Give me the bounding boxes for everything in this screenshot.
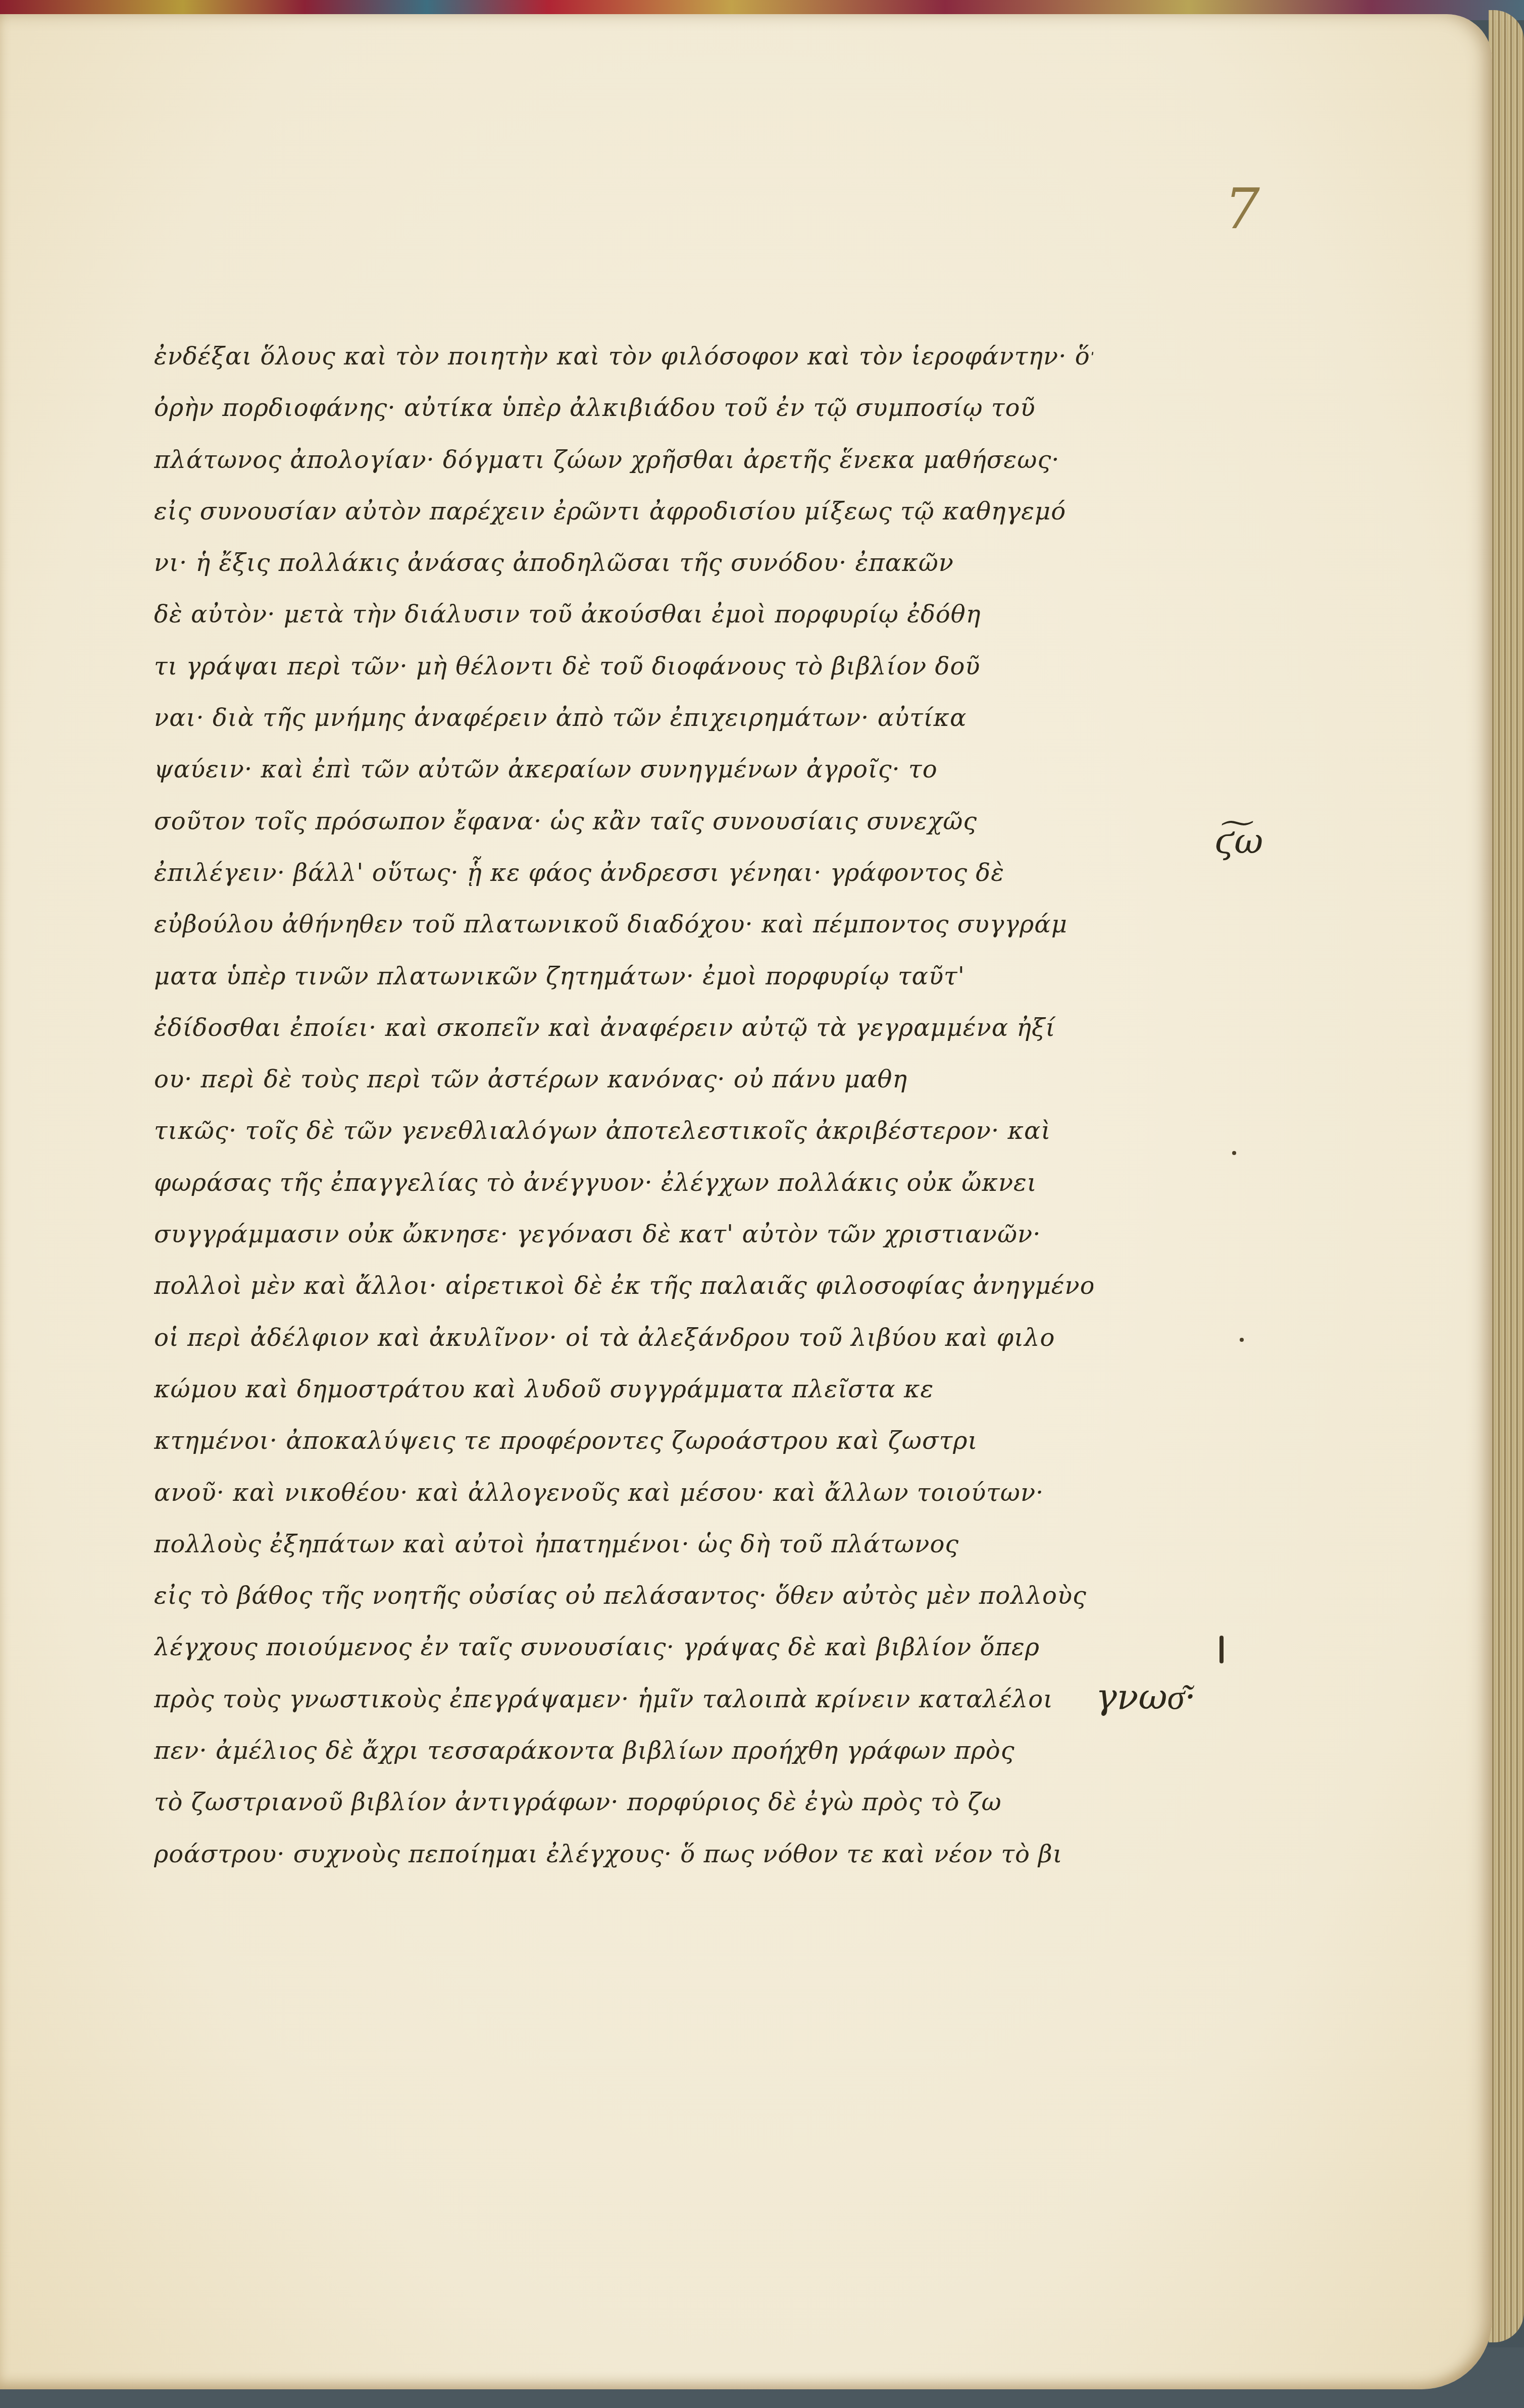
text-line: πεν· ἀμέλιος δὲ ἄχρι τεσσαράκοντα βιβλίω… xyxy=(154,1725,1093,1776)
text-line: οἱ περὶ ἀδέλφιον καὶ ἀκυλῖνον· οἱ τὰ ἀλε… xyxy=(154,1312,1093,1364)
text-line: ματα ὑπὲρ τινῶν πλατωνικῶν ζητημάτων· ἐμ… xyxy=(154,951,1093,1002)
text-line: ου· περὶ δὲ τοὺς περὶ τῶν ἀστέρων κανόνα… xyxy=(154,1054,1093,1105)
margin-note-gnost: γνωσ͂· xyxy=(1096,1676,1196,1718)
text-line: ἐπιλέγειν· βάλλ' οὕτως· ᾗ κε φάος ἀνδρεσ… xyxy=(154,847,1093,899)
text-line: ὀρὴν πορδιοφάνης· αὐτίκα ὑπὲρ ἀλκιβιάδου… xyxy=(154,382,1093,434)
text-line: λέγχους ποιούμενος ἐν ταῖς συνουσίαις· γ… xyxy=(154,1621,1093,1673)
text-line: ναι· διὰ τῆς μνήμης ἀναφέρειν ἀπὸ τῶν ἐπ… xyxy=(154,692,1093,744)
margin-note-1: ϛ͠ω xyxy=(1214,820,1263,862)
folio-number: 7 xyxy=(1225,177,1260,241)
text-line: ἐνδέξαι ὅλους καὶ τὸν ποιητὴν καὶ τὸν φι… xyxy=(154,331,1093,382)
text-line: πολλοὶ μὲν καὶ ἄλλοι· αἱρετικοὶ δὲ ἐκ τῆ… xyxy=(154,1260,1093,1312)
text-line: δὲ αὐτὸν· μετὰ τὴν διάλυσιν τοῦ ἀκούσθαι… xyxy=(154,589,1093,640)
text-line: συγγράμμασιν οὐκ ὤκνησε· γεγόνασι δὲ κατ… xyxy=(154,1209,1093,1260)
text-line: ἐδίδοσθαι ἐποίει· καὶ σκοπεῖν καὶ ἀναφέρ… xyxy=(154,1002,1093,1054)
ink-speck xyxy=(1232,1151,1236,1155)
text-line: ψαύειν· καὶ ἐπὶ τῶν αὐτῶν ἀκεραίων συνηγ… xyxy=(154,744,1093,795)
text-block: ἐνδέξαι ὅλους καὶ τὸν ποιητὴν καὶ τὸν φι… xyxy=(154,331,1093,1880)
page-edges xyxy=(1489,10,1524,2342)
text-line: κτημένοι· ἀποκαλύψεις τε προφέροντες ζωρ… xyxy=(154,1415,1093,1467)
text-line: πρὸς τοὺς γνωστικοὺς ἐπεγράψαμεν· ἡμῖν τ… xyxy=(154,1673,1093,1725)
text-line: εὐβούλου ἀθήνηθεν τοῦ πλατωνικοῦ διαδόχο… xyxy=(154,899,1093,950)
text-line: φωράσας τῆς ἐπαγγελίας τὸ ἀνέγγυον· ἐλέγ… xyxy=(154,1157,1093,1209)
text-line: εἰς συνουσίαν αὐτὸν παρέχειν ἐρῶντι ἀφρο… xyxy=(154,486,1093,537)
text-line: πλάτωνος ἀπολογίαν· δόγματι ζώων χρῆσθαι… xyxy=(154,434,1093,486)
text-line: νι· ἡ ἔξις πολλάκις ἀνάσας ἀποδηλῶσαι τῆ… xyxy=(154,537,1093,589)
text-line: τὸ ζωστριανοῦ βιβλίον ἀντιγράφων· πορφύρ… xyxy=(154,1776,1093,1828)
text-line: τι γράψαι περὶ τῶν· μὴ θέλοντι δὲ τοῦ δι… xyxy=(154,641,1093,692)
margin-mark xyxy=(1220,1636,1224,1663)
ink-speck xyxy=(1240,1338,1244,1342)
text-line: εἰς τὸ βάθος τῆς νοητῆς οὐσίας οὐ πελάσα… xyxy=(154,1570,1093,1621)
text-line: κώμου καὶ δημοστράτου καὶ λυδοῦ συγγράμμ… xyxy=(154,1364,1093,1415)
text-line: πολλοὺς ἐξηπάτων καὶ αὐτοὶ ἠπατημένοι· ὡ… xyxy=(154,1519,1093,1570)
text-line: τικῶς· τοῖς δὲ τῶν γενεθλιαλόγων ἀποτελε… xyxy=(154,1105,1093,1157)
text-line: ανοῦ· καὶ νικοθέου· καὶ ἀλλογενοῦς καὶ μ… xyxy=(154,1467,1093,1519)
text-line: ροάστρου· συχνοὺς πεποίημαι ἐλέγχους· ὅ … xyxy=(154,1828,1093,1880)
text-line: σοῦτον τοῖς πρόσωπον ἔφανα· ὡς κἂν ταῖς … xyxy=(154,796,1093,847)
